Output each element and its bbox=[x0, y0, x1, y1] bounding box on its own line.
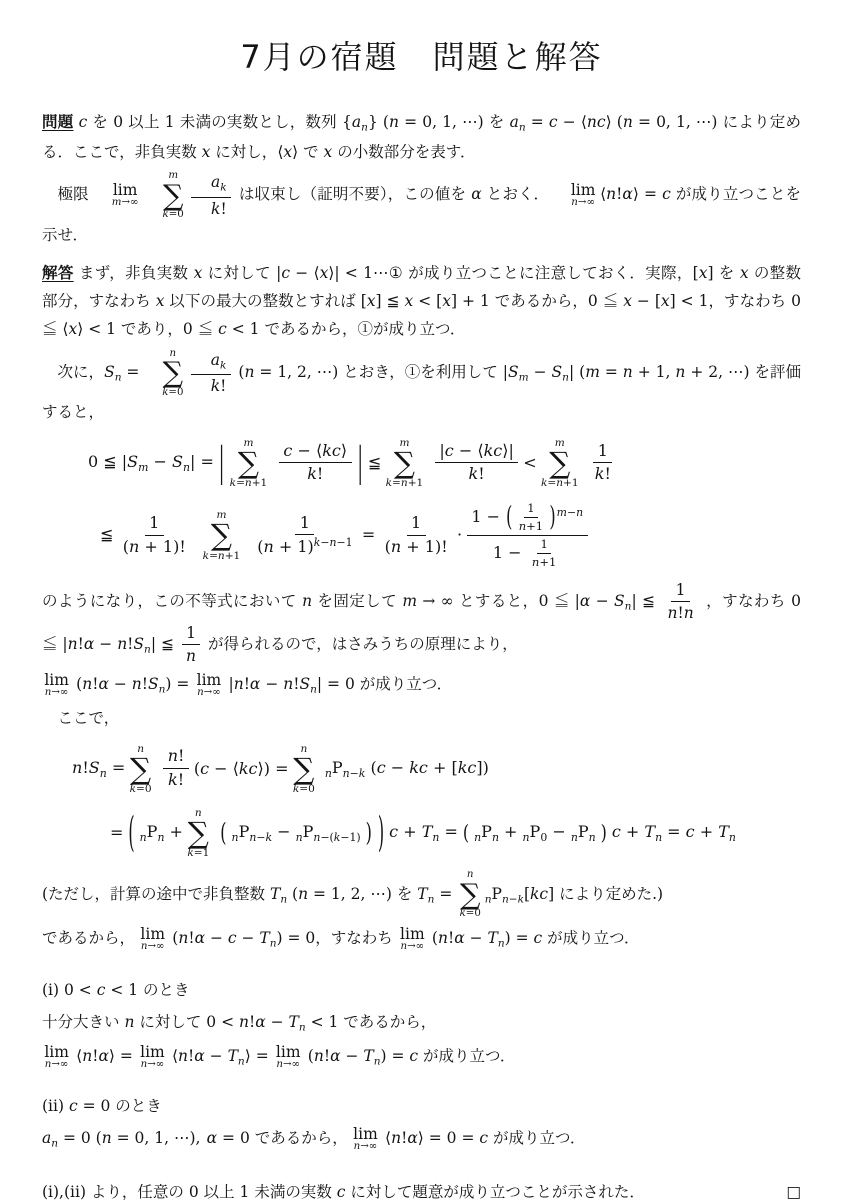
math-inline: 1 bbox=[300, 513, 310, 532]
math-inline: (n!α − c − Tn) = 0 bbox=[167, 929, 315, 947]
math-inline: n bbox=[562, 372, 569, 384]
limit-operator: limn→∞ bbox=[197, 672, 222, 699]
text-run: (i) bbox=[42, 981, 59, 999]
big-delimiter: | bbox=[218, 443, 225, 483]
limit-operator: limn→∞ bbox=[140, 926, 165, 953]
text-run: で bbox=[298, 143, 323, 161]
equation-line: = (nPn + n∑k=1(nPn−k − nPn−(k−1))) c + T… bbox=[108, 807, 801, 859]
limit-operator: limn→∞ bbox=[140, 1044, 165, 1071]
text-run: であるから， bbox=[338, 1013, 436, 1031]
paragraph: 次に，Sn = n∑k=0akk! (n = 1, 2, ⋯) とおき，①を利用… bbox=[42, 348, 801, 427]
math-inline: 0 < c < 1 bbox=[59, 981, 143, 999]
math-inline: n bbox=[519, 122, 526, 134]
math-inline: (n + 1)k−n−1 bbox=[257, 537, 352, 556]
paragraph-content: 解答 まず，非負実数 x に対して |c − ⟨x⟩| < 1⋯① が成り立つこ… bbox=[42, 264, 801, 338]
big-delimiter: ) bbox=[600, 823, 608, 844]
math-inline: n→∞ bbox=[401, 941, 425, 952]
limit-operator: limn→∞ bbox=[353, 1126, 378, 1153]
math-inline: k=n+1 bbox=[203, 550, 241, 562]
paragraph-content: 十分大きい n に対して 0 < n!α − Tn < 1 であるから， bbox=[42, 1013, 436, 1031]
math-inline: k=1 bbox=[187, 847, 209, 859]
paragraph-content: 問題 c を 0 以上 1 未満の実数とし，数列 {an} (n = 0, 1,… bbox=[42, 113, 801, 161]
math-inline: c = 0 bbox=[64, 1097, 115, 1115]
math-inline: n+1 bbox=[519, 519, 543, 533]
math-inline: n bbox=[186, 647, 196, 665]
math-inline: c bbox=[79, 113, 88, 131]
math-inline: n bbox=[302, 592, 312, 610]
math-inline: m bbox=[519, 372, 529, 384]
math-inline: n−(k−1) bbox=[313, 831, 360, 844]
paragraph: 十分大きい n に対して 0 < n!α − Tn < 1 であるから， bbox=[42, 1008, 801, 1038]
display-equation: 0 ≦ |Sm − Sn| = |m∑k=n+1c − ⟨kc⟩k!| ≦ m∑… bbox=[42, 437, 801, 570]
text-run: が成り立つ． bbox=[542, 929, 639, 947]
text-run: が成り立つ． bbox=[355, 675, 452, 693]
limit-operator: limn→∞ bbox=[276, 1044, 301, 1071]
fraction: 1n bbox=[182, 623, 201, 666]
equation-line: n!Sn = n∑k=0n!k! (c − ⟨kc⟩) = n∑k=0nPn−k… bbox=[70, 743, 801, 795]
limit-operator: limn→∞ bbox=[44, 672, 69, 699]
math-inline: k=0 bbox=[460, 908, 481, 919]
document-page: 7月の宿題 問題と解答 問題 c を 0 以上 1 未満の実数とし，数列 {an… bbox=[0, 0, 843, 1200]
math-inline: (c − ⟨kc⟩) = bbox=[194, 759, 289, 779]
fraction: akk! bbox=[191, 172, 231, 219]
math-inline: m→∞ bbox=[112, 197, 139, 208]
summation-sigma: n∑k=0 bbox=[147, 348, 184, 399]
fraction: 1n+1 bbox=[529, 537, 560, 570]
text-run: (i),(ii) より，任意の 0 以上 1 未満の実数 bbox=[42, 1183, 337, 1200]
math-inline: k=n+1 bbox=[230, 477, 268, 489]
math-inline: (n + 1)! bbox=[123, 537, 186, 556]
display-equation: n!Sn = n∑k=0n!k! (c − ⟨kc⟩) = n∑k=0nPn−k… bbox=[42, 743, 801, 860]
math-inline: an = c − ⟨nc⟩ (n = 0, 1, ⋯) bbox=[510, 113, 718, 131]
text-run: を 0 以上 1 未満の実数とし，数列 bbox=[87, 113, 342, 131]
math-inline: n bbox=[144, 644, 151, 656]
text-run: に対し， bbox=[210, 143, 277, 161]
text-run: の小数部分を表す． bbox=[332, 143, 475, 161]
text-run: (ii) bbox=[42, 1097, 64, 1115]
math-inline: 1 bbox=[411, 513, 421, 532]
math-inline: n→∞ bbox=[354, 1141, 378, 1152]
math-inline: n→∞ bbox=[141, 1059, 165, 1070]
math-inline: n bbox=[124, 1013, 134, 1031]
math-inline: ⟨n!α⟩ = c bbox=[600, 185, 671, 203]
math-inline: ak bbox=[211, 173, 227, 191]
math-inline: k=n+1 bbox=[386, 477, 424, 489]
paragraph-content: であるから，limn→∞ (n!α − c − Tn) = 0，すなわち lim… bbox=[42, 929, 640, 947]
paragraph: an = 0 (n = 0, 1, ⋯),α = 0 であるから，limn→∞ … bbox=[42, 1124, 801, 1154]
qed-line: (i),(ii) より，任意の 0 以上 1 未満の実数 c に対して題意が成り… bbox=[42, 1178, 801, 1200]
math-inline: (n = 1, 2, ⋯) bbox=[233, 363, 338, 381]
math-inline: n−k bbox=[343, 766, 366, 779]
math-inline: n bbox=[310, 684, 317, 696]
paragraph: (ただし，計算の途中で非負整数 Tn (n = 1, 2, ⋯) を Tn = … bbox=[42, 869, 801, 920]
paragraph: であるから，limn→∞ (n!α − c − Tn) = 0，すなわち lim… bbox=[42, 924, 801, 954]
text-run: ，すなわち bbox=[701, 592, 791, 610]
math-inline: k=n+1 bbox=[541, 477, 579, 489]
text-run: に対して bbox=[134, 1013, 206, 1031]
text-run: を bbox=[484, 113, 510, 131]
fraction: c − ⟨kc⟩k! bbox=[279, 441, 352, 486]
math-inline: k=0 bbox=[293, 783, 315, 795]
text-run: のとき bbox=[143, 981, 190, 999]
math-inline: 1 bbox=[676, 581, 686, 599]
math-inline: k! bbox=[595, 464, 611, 483]
math-inline: 1 bbox=[186, 624, 196, 642]
math-inline: 0 ≦ x − [x] < 1 bbox=[588, 292, 709, 310]
math-inline: nPn−k − nPn−(k−1) bbox=[232, 822, 361, 844]
fraction: 1(n + 1)! bbox=[118, 513, 190, 558]
paragraph: 解答 まず，非負実数 x に対して |c − ⟨x⟩| < 1⋯① が成り立つこ… bbox=[42, 259, 801, 344]
text-run: 極限 bbox=[58, 185, 94, 203]
math-inline: k−n−1 bbox=[314, 536, 353, 549]
math-inline: nPn−k[kc] bbox=[485, 885, 554, 903]
math-inline: n bbox=[729, 831, 736, 844]
big-delimiter: ( bbox=[505, 504, 513, 531]
math-inline: n bbox=[238, 1056, 245, 1068]
big-delimiter: ( bbox=[127, 812, 135, 854]
math-inline: c + Tn = bbox=[389, 822, 458, 844]
math-inline: n bbox=[325, 766, 332, 779]
text-run: を bbox=[392, 885, 417, 903]
paragraph: (ii) c = 0 のとき bbox=[42, 1092, 801, 1120]
text-run: ，すなわち bbox=[708, 292, 791, 310]
math-inline: 0 ≦ c < 1 bbox=[183, 320, 260, 338]
text-run: であるから， bbox=[250, 1129, 348, 1147]
fraction: 1n+1 bbox=[515, 501, 546, 534]
math-inline: nPn + nP0 − nPn bbox=[474, 822, 595, 844]
fraction: 1(n + 1)! bbox=[380, 513, 452, 558]
summation-sigma: m∑k=n+1 bbox=[230, 437, 268, 489]
text-run: は収束し（証明不要），この値を bbox=[234, 185, 471, 203]
math-inline: ≦ bbox=[100, 525, 113, 545]
math-inline: k=0 bbox=[163, 209, 184, 220]
math-inline: k bbox=[220, 182, 226, 194]
big-delimiter: ( bbox=[219, 820, 227, 846]
math-inline: Tn = bbox=[417, 885, 457, 903]
math-inline: m bbox=[138, 460, 148, 473]
paragraph-content: 次に，Sn = n∑k=0akk! (n = 1, 2, ⋯) とおき，①を利用… bbox=[42, 363, 801, 421]
math-inline: = bbox=[110, 823, 123, 843]
text-run: を bbox=[714, 264, 740, 282]
text-run: であるから，①が成り立つ． bbox=[260, 320, 466, 338]
math-inline: n+1 bbox=[532, 555, 556, 569]
math-inline: ⟨n!α⟩ = bbox=[71, 1047, 138, 1065]
math-inline: 1 − bbox=[471, 507, 505, 526]
math-inline: n→∞ bbox=[197, 687, 221, 698]
paragraph-content: (ii) c = 0 のとき bbox=[42, 1097, 162, 1115]
paragraph-content: のようになり，この不等式において n を固定して m → ∞ とすると，0 ≦ … bbox=[42, 592, 801, 653]
math-inline: α bbox=[471, 185, 481, 203]
paragraph-content: ここで， bbox=[58, 709, 120, 727]
math-inline: ⟨x⟩ bbox=[277, 143, 298, 161]
math-inline: c + Tn = c + Tn bbox=[612, 822, 736, 844]
math-inline: n bbox=[492, 831, 499, 844]
math-inline: 1 bbox=[540, 537, 547, 551]
text-run: (ただし，計算の途中で非負整数 bbox=[42, 885, 270, 903]
math-inline: (n!α − Tn) = c bbox=[303, 1047, 418, 1065]
summation-sigma: m∑k=n+1 bbox=[203, 509, 241, 561]
section-label: 解答 bbox=[42, 264, 74, 282]
summation-sigma: m∑k=n+1 bbox=[541, 437, 579, 489]
fraction: 1(n + 1)k−n−1 bbox=[253, 513, 357, 559]
math-inline: k! bbox=[307, 464, 323, 483]
math-inline: n−k bbox=[249, 831, 272, 844]
fraction: 1n!n bbox=[663, 580, 698, 623]
text-run: であるから， bbox=[42, 929, 135, 947]
text-run: により定めた.) bbox=[554, 885, 663, 903]
math-inline: |c − ⟨kc⟩| bbox=[439, 441, 513, 460]
math-inline: n bbox=[232, 831, 239, 844]
math-inline: n→∞ bbox=[45, 1059, 69, 1070]
fraction: |c − ⟨kc⟩|k! bbox=[435, 441, 518, 486]
summation-sigma: m∑k=n+1 bbox=[386, 437, 424, 489]
math-inline: n→∞ bbox=[276, 1059, 300, 1070]
limit-operator: limn→∞ bbox=[555, 182, 595, 209]
math-inline: ≦ bbox=[368, 453, 381, 473]
math-inline: n!n bbox=[667, 604, 693, 622]
big-delimiter: ) bbox=[365, 820, 373, 846]
paragraph: 問題 c を 0 以上 1 未満の実数とし，数列 {an} (n = 0, 1,… bbox=[42, 108, 801, 166]
math-inline: ⟨n!α − Tn⟩ = bbox=[167, 1047, 274, 1065]
math-inline: n→∞ bbox=[45, 687, 69, 698]
text-run: ここで， bbox=[58, 709, 120, 727]
math-inline: < bbox=[523, 453, 536, 473]
paragraph-content: (i),(ii) より，任意の 0 以上 1 未満の実数 c に対して題意が成り… bbox=[42, 1178, 645, 1200]
summation-sigma: n∑k=0 bbox=[460, 869, 481, 920]
text-run: に対して bbox=[202, 264, 276, 282]
text-run: とすると， bbox=[454, 592, 539, 610]
math-inline: n bbox=[571, 831, 578, 844]
math-inline: 0 < n!α − Tn < 1 bbox=[206, 1013, 338, 1031]
math-inline: 0 ≦ |Sm − Sn| = bbox=[88, 452, 214, 474]
math-inline: n bbox=[100, 766, 107, 779]
math-inline: k bbox=[220, 359, 226, 371]
math-inline: 1 bbox=[598, 441, 608, 460]
equation-line: ≦ 1(n + 1)!m∑k=n+11(n + 1)k−n−1 = 1(n + … bbox=[98, 501, 801, 570]
paragraph-content: an = 0 (n = 0, 1, ⋯),α = 0 であるから，limn→∞ … bbox=[42, 1129, 585, 1147]
text-run: が得られるので，はさみうちの原理により， bbox=[203, 635, 518, 653]
math-inline: n bbox=[270, 938, 277, 950]
math-inline: = bbox=[362, 525, 375, 545]
document-title: 7月の宿題 問題と解答 bbox=[42, 32, 801, 78]
text-run: が成り立つ． bbox=[488, 1129, 585, 1147]
math-inline: 0 ≦ |α − Sn| ≦ bbox=[539, 592, 661, 610]
math-inline: n bbox=[498, 938, 505, 950]
math-inline: |c − ⟨x⟩| < 1⋯① bbox=[276, 264, 403, 282]
paragraph-content: 極限 limm→∞m∑k=0akk! は収束し（証明不要），この値を α とおく… bbox=[42, 185, 801, 243]
limit-operator: limm→∞ bbox=[96, 182, 138, 209]
math-inline: k=0 bbox=[130, 783, 152, 795]
big-delimiter: ) bbox=[377, 812, 385, 854]
math-inline: n bbox=[361, 122, 368, 134]
math-inline: nPn + bbox=[140, 822, 183, 844]
text-run: のとき bbox=[115, 1097, 162, 1115]
math-inline: n bbox=[296, 831, 303, 844]
big-delimiter: | bbox=[356, 443, 363, 483]
math-inline: Tn (n = 1, 2, ⋯) bbox=[270, 885, 392, 903]
text-run: まず，非負実数 bbox=[74, 264, 194, 282]
math-inline: · bbox=[457, 525, 462, 545]
text-run: とおく． bbox=[482, 185, 549, 203]
big-delimiter: ( bbox=[462, 823, 470, 844]
math-inline: k! bbox=[211, 377, 227, 395]
text-run: に対して題意が成り立つことが示された． bbox=[345, 1183, 644, 1200]
math-inline: k! bbox=[211, 200, 227, 218]
math-inline: [x] bbox=[693, 264, 714, 282]
math-inline: ⟨n!α⟩ = 0 = c bbox=[380, 1129, 488, 1147]
math-inline: {an} (n = 0, 1, ⋯) bbox=[342, 113, 484, 131]
fraction: n!k! bbox=[163, 746, 189, 791]
text-run: が成り立つ． bbox=[418, 1047, 515, 1065]
math-inline: n bbox=[183, 460, 190, 473]
math-inline: |Sm − Sn| (m = n + 1, n + 2, ⋯) bbox=[503, 363, 750, 381]
fraction: 1k! bbox=[590, 441, 615, 486]
document-body: 問題 c を 0 以上 1 未満の実数とし，数列 {an} (n = 0, 1,… bbox=[42, 108, 801, 1200]
math-inline: n bbox=[485, 893, 492, 905]
summation-sigma: m∑k=0 bbox=[147, 170, 184, 221]
math-inline: (n!α − n!Sn) = bbox=[71, 675, 194, 693]
math-inline: |n!α − n!Sn| = 0 bbox=[224, 675, 355, 693]
math-inline: an = 0 (n = 0, 1, ⋯), bbox=[42, 1129, 200, 1147]
math-inline: n bbox=[523, 831, 530, 844]
math-inline: k! bbox=[469, 464, 485, 483]
math-inline: nPn−k (c − kc + [kc]) bbox=[325, 758, 489, 780]
limit-operator: limn→∞ bbox=[400, 926, 425, 953]
paragraph: ここで， bbox=[42, 704, 801, 732]
summation-sigma: n∑k=0 bbox=[130, 743, 152, 795]
paragraph-content: (ただし，計算の途中で非負整数 Tn (n = 1, 2, ⋯) を Tn = … bbox=[42, 885, 663, 903]
paragraph: (i) 0 < c < 1 のとき bbox=[42, 976, 801, 1004]
math-inline: m−n bbox=[557, 507, 583, 526]
paragraph-content: limn→∞ ⟨n!α⟩ = limn→∞ ⟨n!α − Tn⟩ = limn→… bbox=[42, 1047, 515, 1065]
math-inline: n bbox=[299, 1022, 306, 1034]
limit-operator: limn→∞ bbox=[44, 1044, 69, 1071]
paragraph: のようになり，この不等式において n を固定して m → ∞ とすると，0 ≦ … bbox=[42, 580, 801, 667]
text-run: を固定して bbox=[312, 592, 402, 610]
math-inline: 1 bbox=[527, 501, 534, 515]
math-inline: 1 − bbox=[493, 543, 527, 562]
text-run: 以下の最大の整数とすれば bbox=[164, 292, 360, 310]
text-run: であるから， bbox=[490, 292, 588, 310]
text-run: のようになり，この不等式において bbox=[42, 592, 302, 610]
math-inline: [x] ≦ x < [x] + 1 bbox=[361, 292, 490, 310]
math-inline: m−n bbox=[557, 506, 583, 519]
math-inline: x bbox=[324, 143, 333, 161]
paragraph: 極限 limm→∞m∑k=0akk! は収束し（証明不要），この値を α とおく… bbox=[42, 170, 801, 249]
section-label: 問題 bbox=[42, 113, 73, 131]
math-inline: x bbox=[740, 264, 749, 282]
big-delimiter: ) bbox=[548, 504, 556, 531]
math-inline: c − ⟨kc⟩ bbox=[283, 441, 347, 460]
math-inline: n! bbox=[168, 746, 185, 765]
math-inline: (n!α − Tn) = c bbox=[427, 929, 542, 947]
math-inline: (n + 1)! bbox=[385, 537, 448, 556]
paragraph-content: limn→∞ (n!α − n!Sn) = limn→∞ |n!α − n!Sn… bbox=[42, 675, 452, 693]
text-run: であり， bbox=[116, 320, 183, 338]
math-inline: 1 bbox=[149, 513, 159, 532]
math-inline: n!Sn = bbox=[72, 758, 125, 780]
text-run: ，すなわち bbox=[315, 929, 397, 947]
math-inline: m → ∞ bbox=[402, 592, 453, 610]
summation-sigma: n∑k=1 bbox=[187, 807, 209, 859]
paragraph-content: (i) 0 < c < 1 のとき bbox=[42, 981, 190, 999]
math-inline: k=0 bbox=[162, 387, 183, 398]
math-inline: k! bbox=[168, 770, 184, 789]
math-inline: n bbox=[589, 831, 596, 844]
math-inline: n→∞ bbox=[141, 941, 165, 952]
text-run: 十分大きい bbox=[42, 1013, 124, 1031]
summation-sigma: n∑k=0 bbox=[293, 743, 315, 795]
text-run: とおき，①を利用して bbox=[338, 363, 502, 381]
equation-line: 0 ≦ |Sm − Sn| = |m∑k=n+1c − ⟨kc⟩k!| ≦ m∑… bbox=[86, 437, 801, 489]
fraction: akk! bbox=[191, 350, 231, 397]
paragraph: limn→∞ (n!α − n!Sn) = limn→∞ |n!α − n!Sn… bbox=[42, 670, 801, 700]
math-inline: n bbox=[140, 831, 147, 844]
math-inline: n bbox=[374, 1056, 381, 1068]
text-run: 次に， bbox=[58, 363, 105, 381]
math-inline: α = 0 bbox=[207, 1129, 250, 1147]
math-inline: Sn = bbox=[104, 363, 144, 381]
math-inline: n−k bbox=[502, 893, 524, 905]
math-inline: n→∞ bbox=[571, 197, 595, 208]
text-run: が成り立つことに注意しておく．実際， bbox=[403, 264, 693, 282]
paragraph: limn→∞ ⟨n!α⟩ = limn→∞ ⟨n!α − Tn⟩ = limn→… bbox=[42, 1042, 801, 1072]
qed-symbol: □ bbox=[786, 1178, 801, 1200]
fraction: 1 − (1n+1)m−n1 − 1n+1 bbox=[467, 501, 588, 570]
math-inline: ak bbox=[211, 351, 227, 369]
